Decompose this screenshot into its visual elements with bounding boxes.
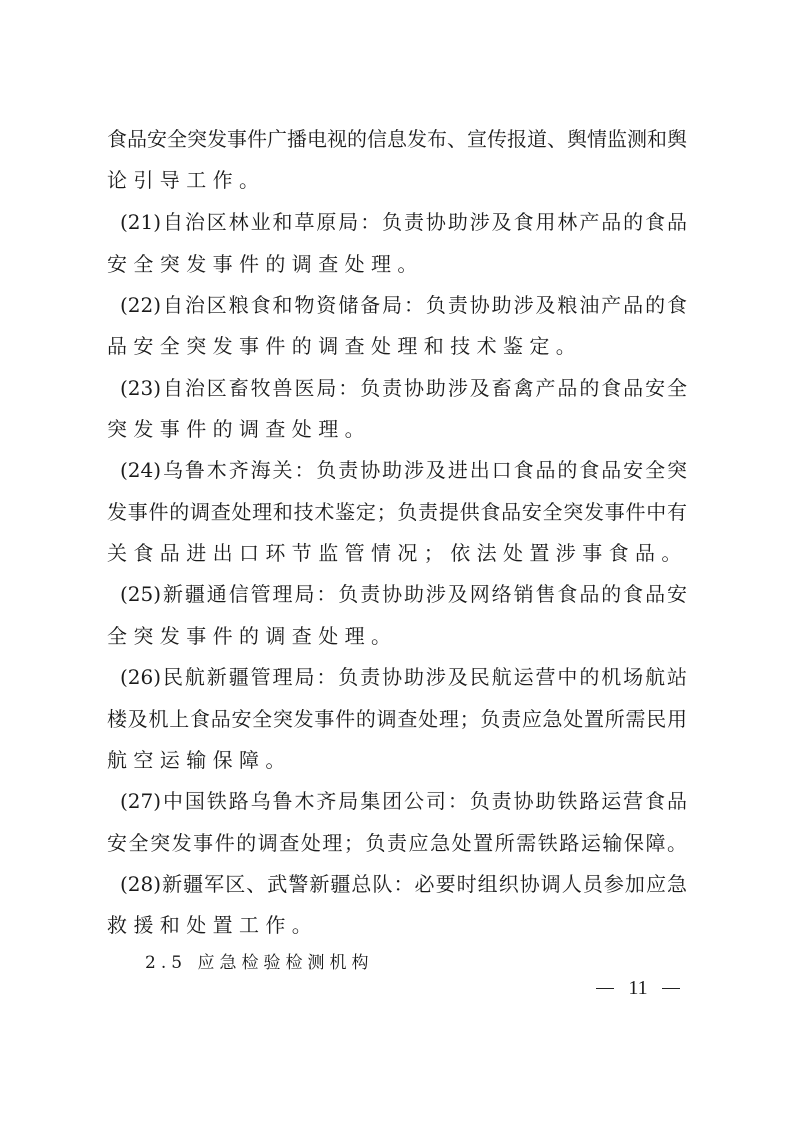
page-number: 11 <box>628 976 647 1000</box>
item-24-line: (24)乌鲁木齐海关：负责协助涉及进出口食品的食品安全突 <box>120 455 687 485</box>
page-number-footer: 11 <box>596 976 680 1000</box>
item-23-line: 突发事件的调查处理。 <box>107 414 687 444</box>
item-27-line: 安全突发事件的调查处理；负责应急处置所需铁路运输保障。 <box>107 828 687 858</box>
item-21-line: (21)自治区林业和草原局：负责协助涉及食用林产品的食品 <box>120 207 687 237</box>
item-24-line: 关食品进出口环节监管情况；依法处置涉事食品。 <box>107 538 687 568</box>
item-28-line: 救援和处置工作。 <box>107 910 687 940</box>
section-heading: 2.5 应急检验检测机构 <box>145 950 373 976</box>
item-23-line: (23)自治区畜牧兽医局：负责协助涉及畜禽产品的食品安全 <box>120 373 687 403</box>
item-28-line: (28)新疆军区、武警新疆总队：必要时组织协调人员参加应急 <box>120 869 687 899</box>
item-26-line: 楼及机上食品安全突发事件的调查处理；负责应急处置所需民用 <box>107 704 687 734</box>
item-26-line: (26)民航新疆管理局：负责协助涉及民航运营中的机场航站 <box>120 662 687 692</box>
paragraph-line: 论引导工作。 <box>107 165 687 195</box>
item-25-line: (25)新疆通信管理局：负责协助涉及网络销售食品的食品安 <box>120 579 687 609</box>
dash-left <box>596 988 614 989</box>
item-25-line: 全突发事件的调查处理。 <box>107 621 687 651</box>
document-page: 食品安全突发事件广播电视的信息发布、宣传报道、舆情监测和舆 论引导工作。 (21… <box>0 0 793 1122</box>
paragraph-line: 食品安全突发事件广播电视的信息发布、宣传报道、舆情监测和舆 <box>107 124 687 154</box>
item-21-line: 安全突发事件的调查处理。 <box>107 249 687 279</box>
item-26-line: 航空运输保障。 <box>107 745 687 775</box>
item-24-line: 发事件的调查处理和技术鉴定；负责提供食品安全突发事件中有 <box>107 497 687 527</box>
dash-right <box>662 988 680 989</box>
item-27-line: (27)中国铁路乌鲁木齐局集团公司：负责协助铁路运营食品 <box>120 786 687 816</box>
item-22-line: 品安全突发事件的调查处理和技术鉴定。 <box>107 331 687 361</box>
item-22-line: (22)自治区粮食和物资储备局：负责协助涉及粮油产品的食 <box>120 290 687 320</box>
